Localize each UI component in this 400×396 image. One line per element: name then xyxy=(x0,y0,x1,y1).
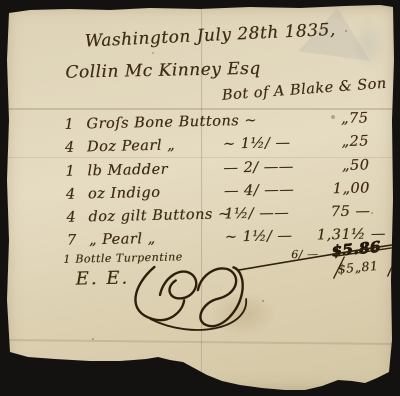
item-desc: „ Pearl „ xyxy=(89,231,156,248)
item-desc: lb Madder xyxy=(87,162,168,180)
place-date-line: Washington July 28th 1835, xyxy=(84,20,336,52)
item-rate: ~ 1½/ — xyxy=(223,135,291,152)
handwriting-layer: Washington July 28th 1835, Collin Mc Kin… xyxy=(0,0,400,396)
item-qty: 1 xyxy=(65,164,75,180)
item-amount: „75 xyxy=(314,110,368,127)
item-qty: 4 xyxy=(65,140,75,156)
total-final: $5„81 xyxy=(337,258,379,277)
item-amount: 75 — xyxy=(316,203,370,220)
addressee-line: Collin Mc Kinney Esq xyxy=(65,59,261,83)
item-amount: „25 xyxy=(315,133,369,150)
signature-initials: E. E. xyxy=(75,268,129,290)
paper-specks xyxy=(0,0,2,2)
item-amount: 1„00 xyxy=(316,180,370,197)
item-rate: 1½/ —— xyxy=(224,205,289,222)
item-desc: doz gilt Buttons ~ xyxy=(88,206,230,225)
item-qty: 7 xyxy=(67,233,77,249)
item-amount: „50 xyxy=(315,157,369,174)
item-desc: Groſs Bone Buttons ~ xyxy=(86,113,257,133)
item-rate: 6/ — xyxy=(291,248,318,262)
item-rate: — 2/ —— xyxy=(223,159,294,176)
item-desc: oz Indigo xyxy=(88,185,161,203)
item-desc: Doz Pearl „ xyxy=(87,138,175,156)
bought-of-line: Bot of A Blake & Son xyxy=(221,76,387,104)
item-qty: 4 xyxy=(66,210,76,226)
item-desc: Bottle Turpentine xyxy=(75,250,183,265)
item-qty: 1 xyxy=(64,117,74,133)
item-qty: 4 xyxy=(66,187,76,203)
item-rate: ~ 1½/ — xyxy=(225,228,293,245)
item-qty: 1 xyxy=(63,253,71,266)
item-rate: — 4/ —— xyxy=(224,182,295,199)
receipt-paper: Washington July 28th 1835, Collin Mc Kin… xyxy=(0,0,400,396)
photo-background: Washington July 28th 1835, Collin Mc Kin… xyxy=(0,0,400,396)
